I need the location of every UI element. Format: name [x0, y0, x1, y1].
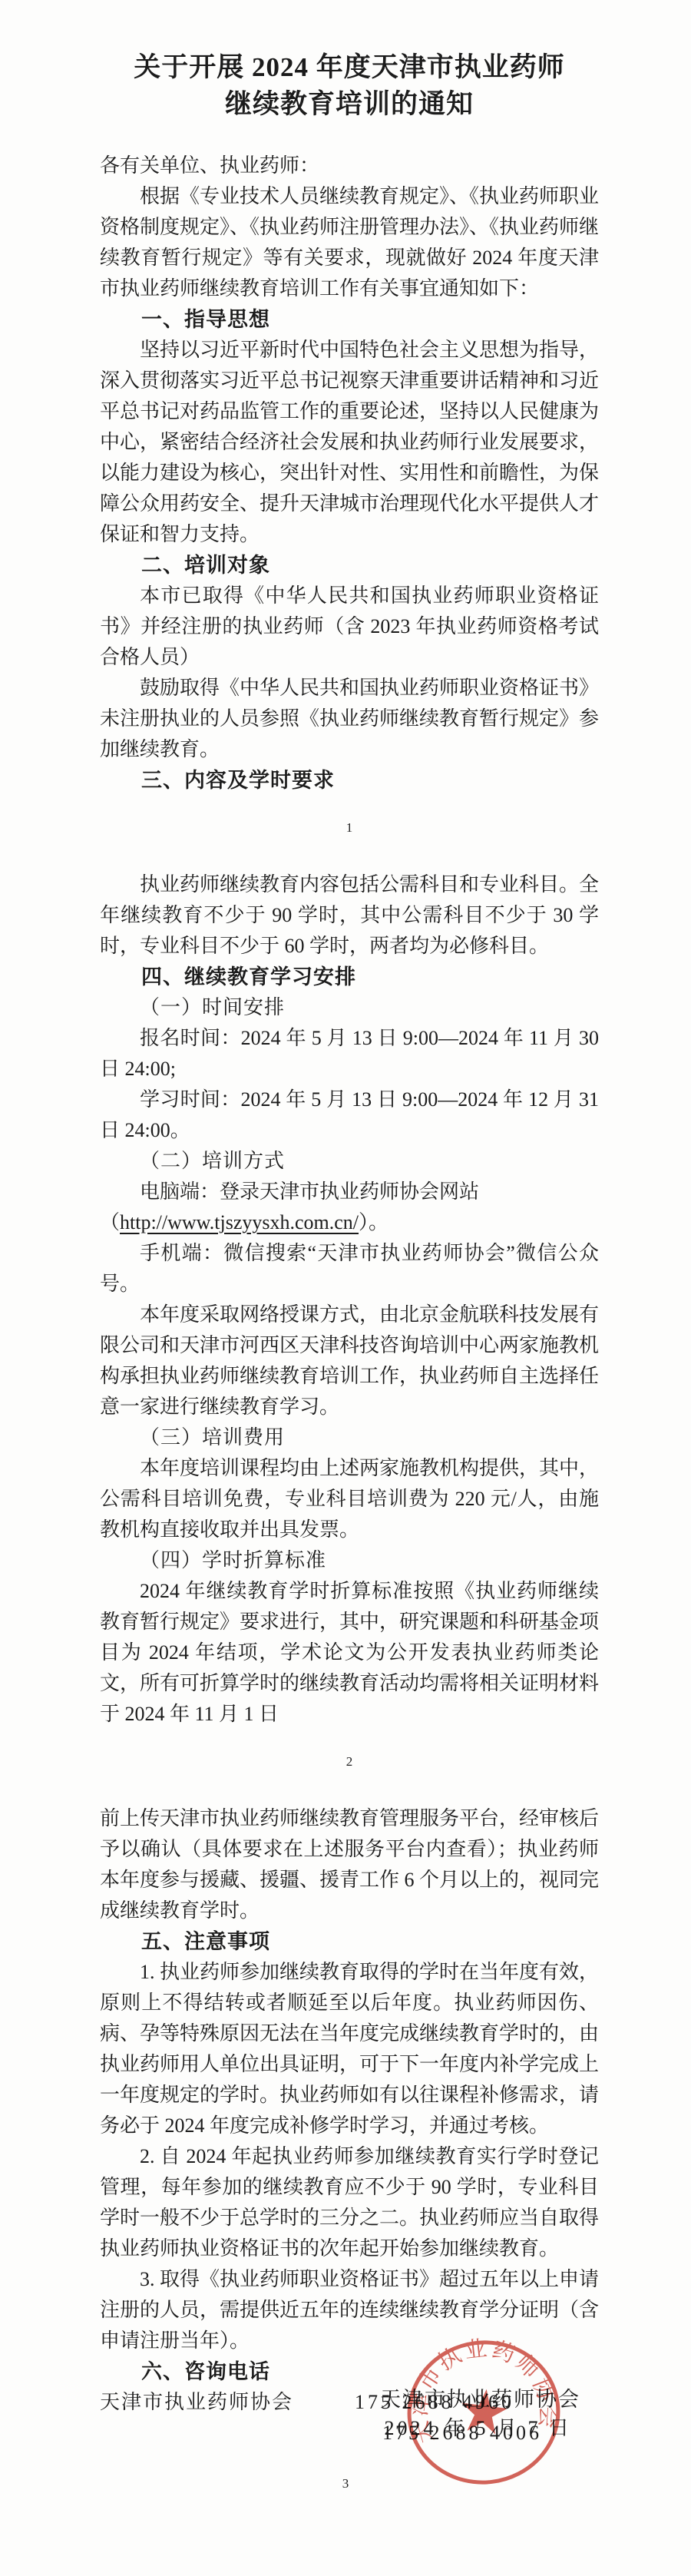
fee-paragraph: 本年度培训课程均由上述两家施教机构提供，其中，公需科目培训免费，专业科目培训费为…	[100, 1453, 599, 1545]
section-heading-1: 一、指导思想	[100, 304, 599, 335]
notice-item-2: 2. 自 2024 年起执业药师参加继续教育实行学时登记管理，每年参加的继续教育…	[100, 2141, 599, 2264]
section1-paragraph: 坚持以习近平新时代中国特色社会主义思想为指导，深入贯彻落实习近平总书记视察天津重…	[100, 335, 599, 550]
pc-method-paragraph: 电脑端：登录天津市执业药师协会网站	[100, 1177, 599, 1207]
section-heading-2: 二、培训对象	[100, 550, 599, 581]
sub-heading-fee: （三）培训费用	[100, 1422, 599, 1453]
notice-item-3: 3. 取得《执业药师职业资格证书》超过五年以上申请注册的人员，需提供近五年的连续…	[100, 2264, 599, 2356]
enroll-time-paragraph: 报名时间：2024 年 5 月 13 日 9:00—2024 年 11 月 30…	[100, 1023, 599, 1084]
study-time-paragraph: 学习时间：2024 年 5 月 13 日 9:00—2024 年 12 月 31…	[100, 1084, 599, 1146]
section-heading-4: 四、继续教育学习安排	[100, 962, 599, 992]
page-number-1: 1	[100, 813, 599, 843]
intro-paragraph: 根据《专业技术人员继续教育规定》、《执业药师职业资格制度规定》、《执业药师注册管…	[100, 181, 599, 304]
website-line: （http://www.tjszyysxh.com.cn/）。	[100, 1207, 599, 1238]
section2-paragraph-1: 本市已取得《中华人民共和国执业药师职业资格证书》并经注册的执业药师（含 2023…	[100, 581, 599, 673]
title-line-2: 继续教育培训的通知	[100, 86, 599, 123]
section-heading-3: 三、内容及学时要求	[100, 765, 599, 796]
title-line-1: 关于开展 2024 年度天津市执业药师	[100, 49, 599, 86]
mobile-method-paragraph: 手机端：微信搜索“天津市执业药师协会”微信公众号。	[100, 1238, 599, 1300]
sub-heading-method: （二）培训方式	[100, 1146, 599, 1177]
page-number-2: 2	[100, 1747, 599, 1777]
section3-paragraph: 执业药师继续教育内容包括公需科目和专业科目。全年继续教育不少于 90 学时，其中…	[100, 869, 599, 962]
sub-heading-time: （一）时间安排	[100, 992, 599, 1023]
url-close-paren: ）。	[359, 1211, 388, 1233]
sub-heading-credit: （四）学时折算标准	[100, 1545, 599, 1576]
credit-paragraph-page3: 前上传天津市执业药师继续教育管理服务平台，经审核后予以确认（具体要求在上述服务平…	[100, 1803, 599, 1926]
credit-paragraph-page2: 2024 年继续教育学时折算标准按照《执业药师继续教育暂行规定》要求进行，其中，…	[100, 1576, 599, 1730]
section2-paragraph-2: 鼓励取得《中华人民共和国执业药师职业资格证书》未注册执业的人员参照《执业药师继续…	[100, 673, 599, 765]
signature-date: 2024 年 5 月 7 日	[384, 2412, 572, 2441]
document-title: 关于开展 2024 年度天津市执业药师 继续教育培训的通知	[100, 49, 599, 123]
contact-org-label: 天津市执业药师协会	[100, 2391, 293, 2413]
association-url-link[interactable]: http://www.tjszyysxh.com.cn/	[120, 1211, 359, 1233]
section-heading-5: 五、注意事项	[100, 1926, 599, 1957]
page-number-3: 3	[0, 2468, 691, 2499]
signature-org: 天津市执业药师协会	[380, 2382, 580, 2412]
providers-paragraph: 本年度采取网络授课方式，由北京金航联科技发展有限公司和天津市河西区天津科技咨询培…	[100, 1300, 599, 1422]
url-open-paren: （	[100, 1211, 120, 1233]
notice-item-1: 1. 执业药师参加继续教育取得的学时在当年度有效，原则上不得结转或者顺延至以后年…	[100, 1957, 599, 2141]
salutation: 各有关单位、执业药师：	[100, 151, 599, 181]
document-page: 关于开展 2024 年度天津市执业药师 继续教育培训的通知 各有关单位、执业药师…	[0, 0, 691, 2576]
document-body: 关于开展 2024 年度天津市执业药师 继续教育培训的通知 各有关单位、执业药师…	[100, 49, 599, 2449]
